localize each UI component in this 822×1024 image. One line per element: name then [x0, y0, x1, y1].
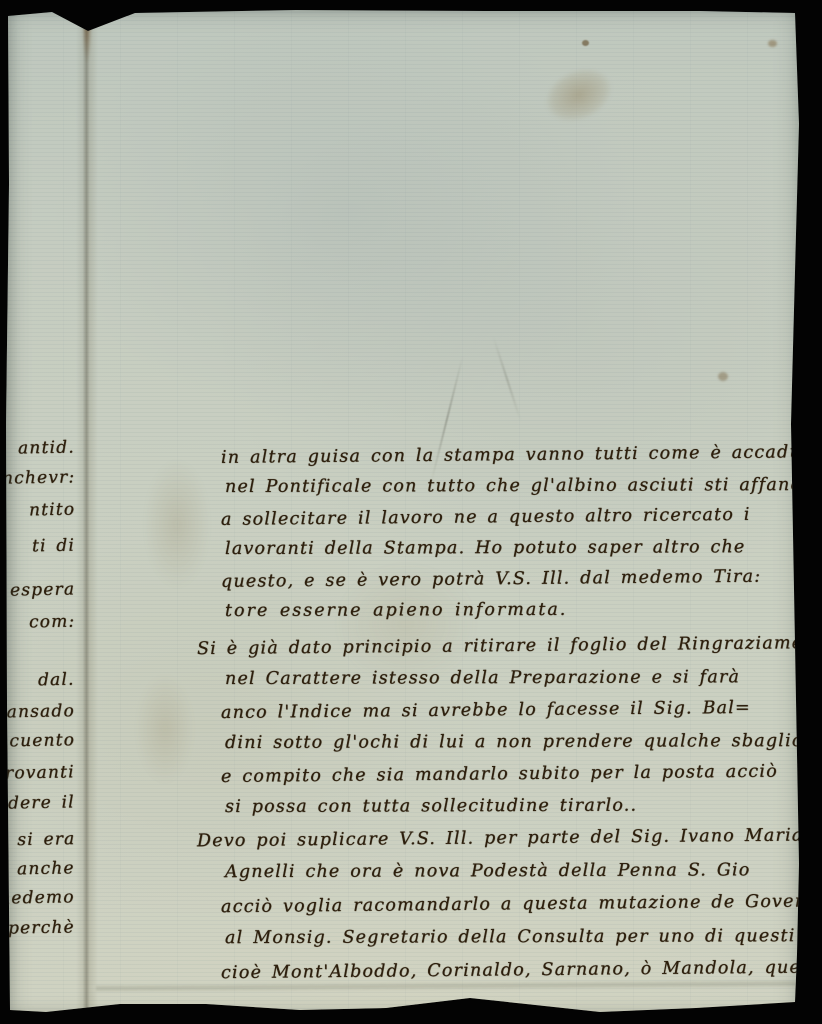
- manuscript-line: lavoranti della Stampa. Ho potuto saper …: [225, 532, 822, 565]
- manuscript-line: cioè Mont'Alboddo, Corinaldo, Sarnano, ò…: [221, 951, 822, 990]
- fold-gutter-stain: [82, 12, 92, 64]
- text-fragment: o anche: [6, 858, 75, 879]
- paragraph-1: in altra guisa con la stampa vanno tutti…: [221, 440, 822, 626]
- manuscript-line: tore esserne apieno informata.: [225, 594, 822, 627]
- manuscript-line: acciò voglia racomandarlo a questa mutaz…: [221, 885, 822, 924]
- manuscript-line: nel Pontificale con tutto che gl'albino …: [225, 470, 822, 503]
- manuscript-line: e compito che sia mandarlo subito per la…: [221, 755, 822, 793]
- manuscript-line: dini sotto gl'ochi di lui a non prendere…: [225, 725, 822, 759]
- manuscript-scan: antid. nchevr: ntito ti di espera com: d…: [0, 0, 822, 1024]
- manuscript-line: in altra guisa con la stampa vanno tutti…: [221, 437, 822, 474]
- text-fragment: non si era: [6, 829, 75, 851]
- previous-page-edge: antid. nchevr: ntito ti di espera com: d…: [6, 4, 78, 1018]
- text-fragment: ntito: [29, 500, 76, 521]
- manuscript-line: nel Carattere istesso della Preparazione…: [225, 661, 822, 695]
- ink-speck: [718, 372, 728, 381]
- text-fragment: encuento: [6, 730, 75, 752]
- manuscript-line: anco l'Indice ma si avrebbe lo facesse i…: [221, 691, 822, 729]
- ink-speck: [582, 40, 589, 46]
- text-fragment: nchevr:: [6, 467, 75, 488]
- text-fragment: dal.: [38, 670, 75, 691]
- manuscript-line: Devo poi suplicare V.S. Ill. per parte d…: [197, 819, 822, 859]
- text-fragment: espera: [10, 579, 76, 600]
- manuscript-line: questo, e se è vero potrà V.S. Ill. dal …: [221, 561, 822, 598]
- text-fragment: perchè: [8, 917, 75, 938]
- text-fragment: trovanti: [6, 762, 75, 783]
- text-fragment: dere il: [8, 792, 75, 813]
- text-fragment: ve ansado: [6, 701, 75, 723]
- smudge: [136, 674, 194, 784]
- fold-gutter: [76, 4, 98, 1018]
- manuscript-page: antid. nchevr: ntito ti di espera com: d…: [6, 4, 806, 1018]
- manuscript-line: al Monsig. Segretario della Consulta per…: [225, 920, 822, 955]
- paragraph-3: Devo poi suplicare V.S. Ill. per parte d…: [221, 822, 822, 987]
- manuscript-line: Si è già dato principio a ritirare il fo…: [197, 627, 822, 665]
- smudge: [144, 459, 210, 589]
- text-fragment: ti di: [32, 536, 75, 557]
- stain-top-right: [529, 40, 633, 139]
- paragraph-2: Si è già dato principio a ritirare il fo…: [221, 630, 822, 822]
- manuscript-line: si possa con tutta sollecitudine tirarlo…: [225, 789, 822, 823]
- text-fragment: medemo: [6, 887, 75, 908]
- ink-speck: [768, 40, 777, 47]
- paper-crease: [492, 336, 522, 422]
- manuscript-line: a sollecitare il lavoro ne a questo altr…: [221, 499, 822, 536]
- manuscript-line: Agnelli che ora è nova Podestà della Pen…: [225, 854, 822, 889]
- text-fragment: com:: [28, 612, 75, 633]
- text-fragment: antid.: [18, 438, 75, 459]
